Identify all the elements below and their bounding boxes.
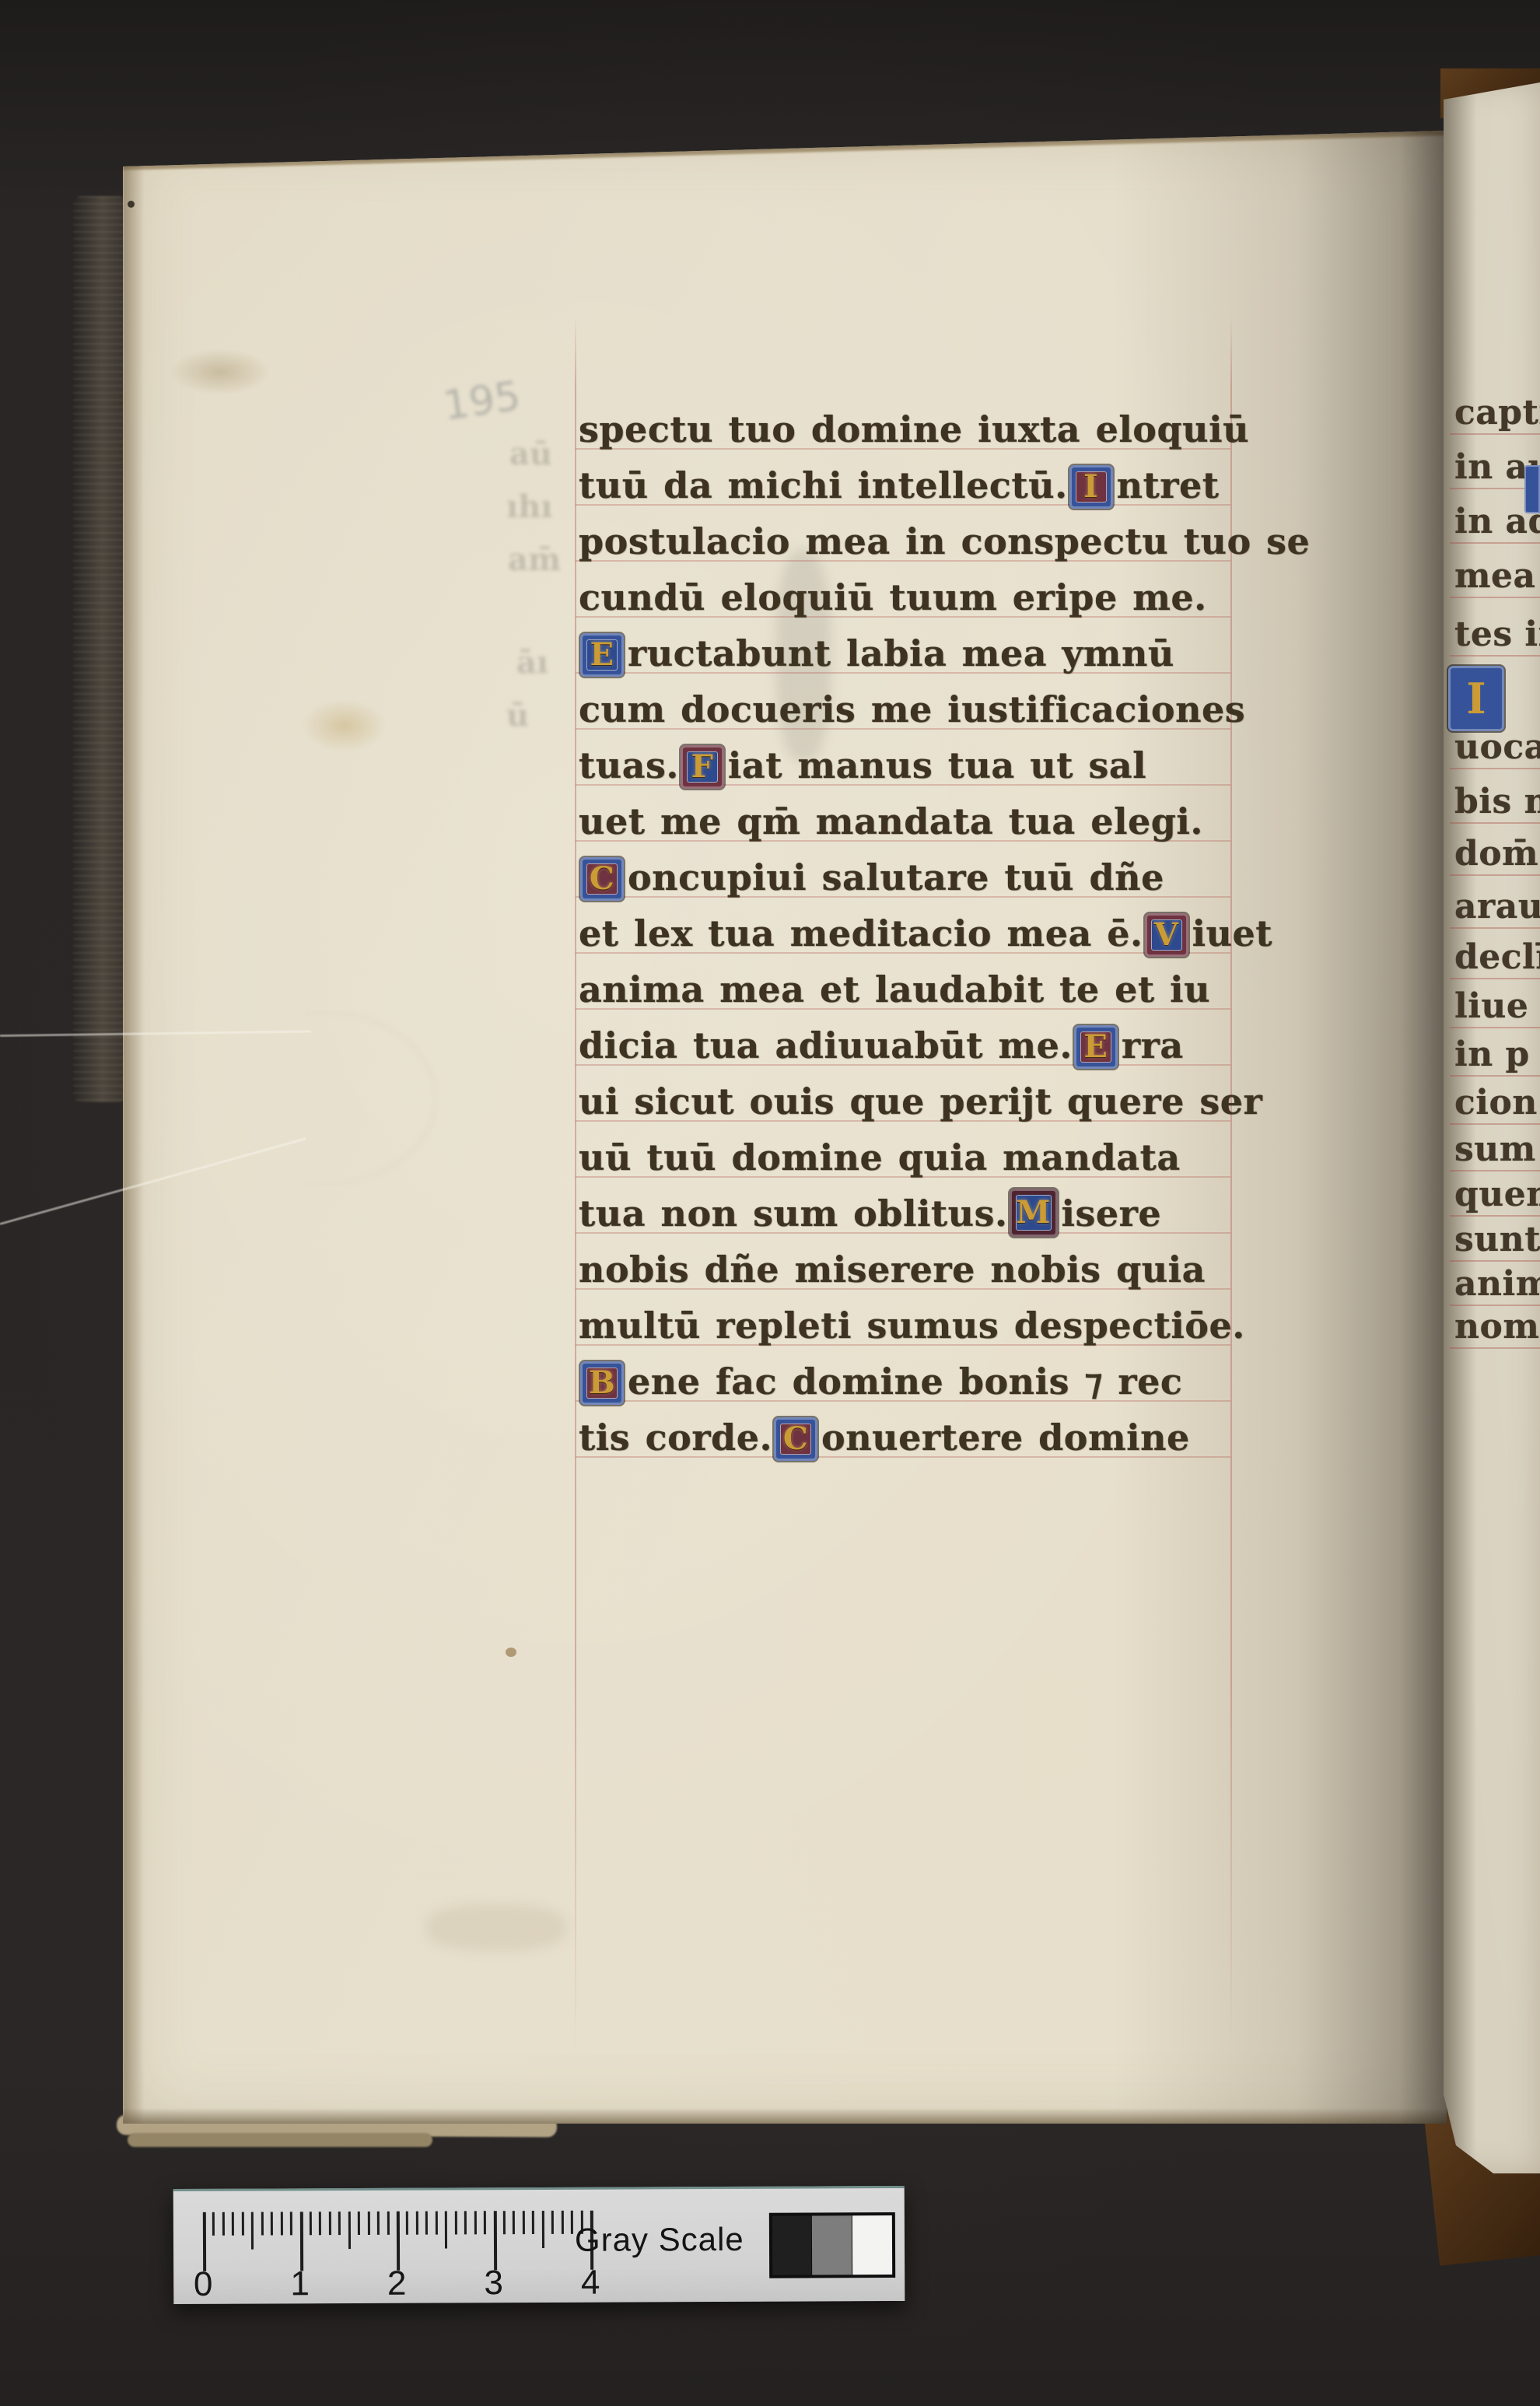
ruler-number: 2 xyxy=(381,2264,412,2303)
ruler-number: 4 xyxy=(575,2264,606,2303)
ruling-line xyxy=(1450,768,1540,769)
ruling-line xyxy=(1450,597,1540,598)
manuscript-line-fragment: tes in xyxy=(1454,615,1540,654)
line-text: iuet xyxy=(1192,912,1272,954)
ruling-line xyxy=(1450,1075,1540,1077)
stain xyxy=(302,699,387,753)
line-text: nobis dñe miserere nobis quia xyxy=(579,1249,1206,1291)
manuscript-line-fragment: bis n xyxy=(1454,782,1540,821)
ruler-tick xyxy=(222,2212,225,2236)
line-text: ui sicut ouis que perijt quere ser xyxy=(579,1080,1262,1122)
line-text: uet me qm̄ mandata tua elegi. xyxy=(579,800,1203,842)
manuscript-line: dicia tua adiuuabūt me.Erra xyxy=(579,1021,1184,1070)
line-text: ene fac domine bonis ⁊ rec xyxy=(628,1361,1182,1403)
ruling-line xyxy=(1450,655,1540,657)
ruler-tick xyxy=(377,2212,380,2235)
ruler-tick xyxy=(271,2212,273,2235)
ruler-tick xyxy=(203,2212,206,2271)
illuminated-initial: E xyxy=(580,633,624,677)
manuscript-line: anima mea et laudabit te et iu xyxy=(579,965,1210,1014)
illuminated-initial-partial xyxy=(1524,465,1540,513)
gray-scale-patches xyxy=(769,2212,895,2278)
line-text: cum docueris me iustificaciones xyxy=(579,688,1245,730)
illuminated-initial: B xyxy=(580,1361,624,1405)
ruler-tick xyxy=(542,2211,544,2248)
ruler-tick xyxy=(310,2212,312,2235)
ruler-tick xyxy=(329,2212,331,2235)
ruler-tick xyxy=(406,2212,408,2235)
manuscript-line: tuas.Fiat manus tua ut sal xyxy=(579,741,1146,790)
ruler-tick xyxy=(338,2212,341,2235)
manuscript-line: ui sicut ouis que perijt quere ser xyxy=(579,1077,1262,1126)
manuscript-line-fragment: sum xyxy=(1454,1129,1536,1169)
ghost-mark: āı xyxy=(516,644,548,681)
manuscript-line: uū tuū domine quia mandata xyxy=(579,1133,1181,1182)
ruler-tick xyxy=(416,2212,418,2235)
ghost-mark: ū xyxy=(506,697,529,734)
line-text: uū tuū domine quia mandata xyxy=(579,1136,1181,1178)
ruler-number: 3 xyxy=(478,2264,509,2303)
manuscript-line: tis corde.Conuertere domine xyxy=(579,1413,1190,1462)
manuscript-line: tua non sum oblitus.Misere xyxy=(579,1189,1161,1238)
speck xyxy=(506,1648,516,1657)
ruler-tick xyxy=(232,2212,234,2236)
line-text: rra xyxy=(1122,1024,1184,1066)
manuscript-line-fragment: quem xyxy=(1454,1175,1540,1214)
initial-letter: B xyxy=(580,1361,624,1405)
illuminated-initial: I xyxy=(1069,465,1113,509)
ruler-tick xyxy=(387,2212,389,2235)
under-leaf-edge xyxy=(128,2133,432,2147)
initial-letter: E xyxy=(580,633,624,677)
ruling-line xyxy=(1450,1260,1540,1262)
ruler-tick xyxy=(454,2211,457,2234)
ruler-tick xyxy=(571,2211,573,2234)
ruler-tick xyxy=(251,2212,254,2250)
manuscript-line-fragment: in p xyxy=(1454,1035,1530,1074)
photo-stage: 195 aūıhıam̄āıū spectu tuo domine iuxta … xyxy=(0,0,1540,2406)
manuscript-line: cum docueris me iustificaciones xyxy=(579,685,1245,734)
card-top-edge xyxy=(173,2186,905,2191)
ruling-line xyxy=(1450,1305,1540,1306)
ruler-tick xyxy=(319,2212,321,2235)
line-text: spectu tuo domine iuxta eloquiū xyxy=(579,408,1249,450)
ruler-tick xyxy=(513,2211,515,2234)
gray-scale-patch xyxy=(852,2215,893,2275)
ruling-line xyxy=(1450,978,1540,979)
line-text: tua non sum oblitus. xyxy=(579,1192,1008,1235)
ruler-tick xyxy=(358,2212,360,2235)
stain xyxy=(170,348,271,395)
line-text: anima mea et laudabit te et iu xyxy=(579,968,1210,1010)
manuscript-line-fragment: uoca xyxy=(1454,727,1540,767)
ruler-tick xyxy=(290,2212,292,2235)
ruler-tick xyxy=(242,2212,244,2236)
ruling-line xyxy=(1450,927,1540,929)
illuminated-initial: C xyxy=(774,1417,817,1461)
initial-letter: V xyxy=(1145,913,1188,957)
ruler-tick xyxy=(493,2211,496,2270)
ruler-tick xyxy=(503,2211,506,2234)
ruler-number: 0 xyxy=(187,2265,219,2304)
ruling-line xyxy=(1450,822,1540,824)
ruler-tick xyxy=(445,2212,447,2249)
ghost-mark: am̄ xyxy=(508,541,561,578)
ruler-tick xyxy=(464,2211,467,2234)
line-text: et lex tua meditacio mea ē. xyxy=(579,912,1143,954)
pencil-folio-number: 195 xyxy=(440,373,523,429)
illuminated-initial: C xyxy=(580,857,624,901)
illuminated-initial: E xyxy=(1074,1025,1118,1069)
initial-letter: C xyxy=(580,857,624,901)
line-text: cundū eloquiū tuum eripe me. xyxy=(579,576,1207,618)
manuscript-line: Bene fac domine bonis ⁊ rec xyxy=(579,1357,1182,1406)
ruler-tick xyxy=(212,2212,215,2236)
text-block: spectu tuo domine iuxta eloquiūtuū da mi… xyxy=(579,405,1248,1494)
ruler-tick xyxy=(367,2212,369,2235)
line-text: tis corde. xyxy=(579,1417,772,1459)
manuscript-line: nobis dñe miserere nobis quia xyxy=(579,1245,1206,1294)
manuscript-line-fragment: nomin xyxy=(1454,1307,1540,1347)
ruler-tick xyxy=(561,2211,563,2234)
calibration-card: 01234 Gray Scale xyxy=(173,2186,905,2304)
manuscript-line-fragment: declī xyxy=(1454,937,1540,977)
manuscript-line-fragment: cion xyxy=(1454,1083,1538,1122)
ruling-line xyxy=(1450,874,1540,876)
gray-scale-label: Gray Scale xyxy=(575,2221,744,2259)
ruling-line xyxy=(1450,1215,1540,1217)
manuscript-right-page: captiin auin admeates inuocabis ndom̄ara… xyxy=(1444,82,1540,2173)
initial-letter: M xyxy=(1010,1189,1058,1237)
ruler-tick xyxy=(474,2211,476,2234)
manuscript-line-fragment: sunt xyxy=(1454,1220,1540,1259)
ruling-line xyxy=(1450,1347,1540,1349)
ruler-tick xyxy=(532,2211,534,2234)
line-text: onuertere domine xyxy=(821,1417,1190,1459)
illuminated-initial: F xyxy=(681,745,724,789)
initial-letter: F xyxy=(681,745,724,789)
ruling-line xyxy=(1450,433,1540,435)
ruler-tick xyxy=(425,2212,428,2235)
manuscript-line: multū repleti sumus despectiōe. xyxy=(579,1301,1245,1350)
illuminated-initial: M xyxy=(1010,1189,1058,1237)
initial-letter: E xyxy=(1074,1025,1118,1069)
line-text: tuas. xyxy=(579,744,679,786)
page-left-edge xyxy=(123,162,149,2124)
line-text: ntret xyxy=(1117,464,1220,506)
illuminated-initial: I xyxy=(1448,666,1504,731)
manuscript-line: et lex tua meditacio mea ē.Viuet xyxy=(579,909,1272,958)
ruling-vertical-left xyxy=(575,316,576,2051)
ruling-line xyxy=(1450,1027,1540,1028)
manuscript-line-fragment: arau xyxy=(1454,887,1540,926)
ruler-tick xyxy=(261,2212,263,2236)
manuscript-line-fragment: liue xyxy=(1454,986,1528,1026)
manuscript-line: uet me qm̄ mandata tua elegi. xyxy=(579,797,1203,846)
manuscript-line: spectu tuo domine iuxta eloquiū xyxy=(579,405,1249,454)
illuminated-initial: V xyxy=(1145,913,1188,957)
ruler-tick xyxy=(484,2211,486,2234)
line-text: ructabunt labia mea ymnū xyxy=(628,632,1174,674)
ruler-number: 1 xyxy=(285,2264,316,2303)
smudge xyxy=(426,1904,566,1951)
ruler-tick xyxy=(523,2211,525,2234)
ruler-tick xyxy=(299,2212,303,2271)
ruling-line xyxy=(1450,1170,1540,1171)
initial-letter: C xyxy=(774,1417,817,1461)
manuscript-line-fragment: anima xyxy=(1454,1264,1540,1304)
line-text: postulacio mea in conspectu tuo se xyxy=(579,520,1310,562)
ghost-mark: aū xyxy=(509,436,552,472)
line-text: multū repleti sumus despectiōe. xyxy=(579,1305,1245,1347)
gray-scale-patch xyxy=(812,2215,852,2275)
initial-letter: I xyxy=(1069,465,1113,509)
ruler-tick xyxy=(348,2212,351,2249)
line-text: dicia tua adiuuabūt me. xyxy=(579,1024,1073,1066)
line-text: iat manus tua ut sal xyxy=(728,744,1146,786)
manuscript-line-fragment: capti xyxy=(1454,393,1540,433)
manuscript-line: Eructabunt labia mea ymnū xyxy=(579,629,1174,678)
gray-scale-patch xyxy=(772,2215,812,2275)
manuscript-line: postulacio mea in conspectu tuo se xyxy=(579,517,1310,566)
ruling-line xyxy=(1450,542,1540,544)
line-text: oncupiui salutare tuū dñe xyxy=(628,856,1164,898)
ruling-line xyxy=(1450,1123,1540,1125)
ruler-tick xyxy=(397,2212,400,2271)
line-text: isere xyxy=(1062,1192,1162,1235)
manuscript-line-fragment: dom̄ xyxy=(1454,834,1538,874)
manuscript-line: Concupiui salutare tuū dñe xyxy=(579,853,1164,902)
ghost-mark: ıhı xyxy=(506,489,552,525)
page-stack-fore-edge xyxy=(73,196,126,1102)
initial-letter: I xyxy=(1448,666,1504,731)
manuscript-line: cundū eloquiū tuum eripe me. xyxy=(579,573,1207,622)
line-text: tuū da michi intellectū. xyxy=(579,464,1068,506)
ruler-tick xyxy=(436,2212,438,2235)
manuscript-line: tuū da michi intellectū.Intret xyxy=(579,461,1220,510)
manuscript-line-fragment: mea xyxy=(1454,556,1536,596)
ruler-tick xyxy=(280,2212,282,2235)
ruler-tick xyxy=(551,2211,554,2234)
